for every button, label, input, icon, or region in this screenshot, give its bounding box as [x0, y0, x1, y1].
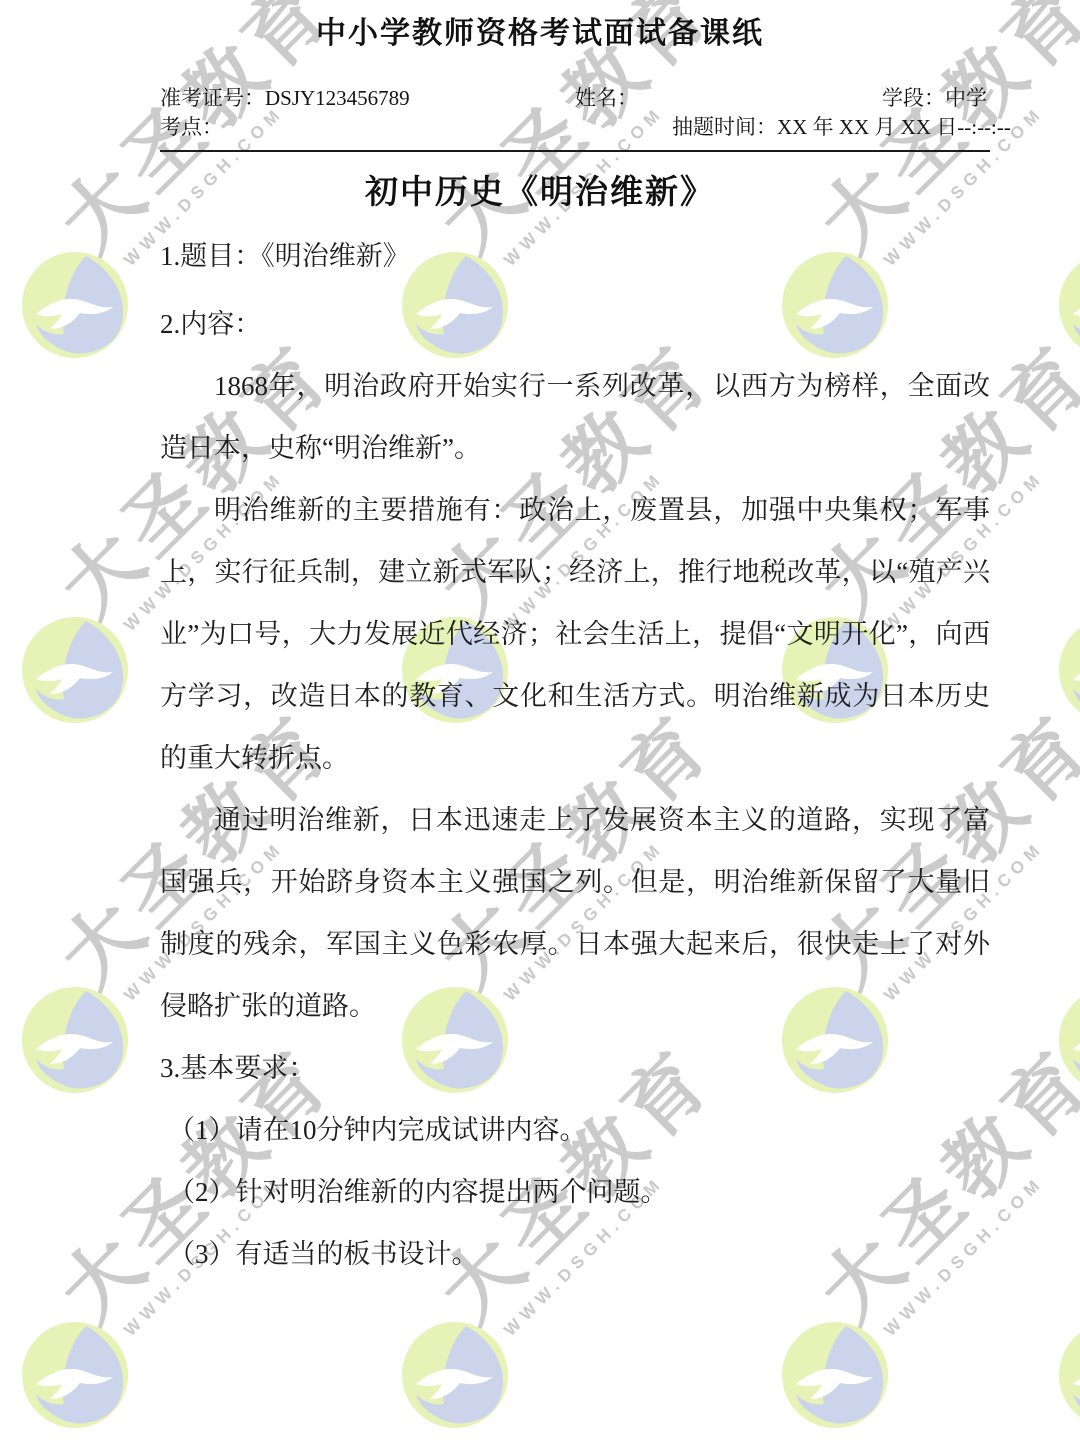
stage-value: 中学 [945, 86, 987, 110]
requirement-line: （2）针对明治维新的内容提出两个问题。 [160, 1161, 990, 1223]
draw-time-field: 抽题时间：XX 年 XX 月 XX 日--:--:-- [672, 111, 1011, 141]
requirement-line: （3）有适当的板书设计。 [160, 1223, 990, 1285]
bird-icon [796, 1369, 873, 1399]
dsgh-leaf-logo-icon [782, 1322, 888, 1428]
exam-site-label: 考点： [160, 115, 223, 139]
bird-icon [416, 1369, 493, 1399]
name-field: 姓名： [575, 82, 638, 112]
admission-no-label: 准考证号： [160, 86, 265, 110]
requirement-line: （1）请在10分钟内完成试讲内容。 [160, 1099, 990, 1161]
doc-body: 1.题目：《明治维新》 2.内容： 1868年，明治政府开始实行一系列改革，以西… [160, 225, 990, 1285]
bird-icon [1073, 1369, 1080, 1399]
dsgh-leaf-logo-icon [22, 1322, 128, 1428]
draw-time-label: 抽题时间： [672, 115, 777, 139]
body-paragraph: 明治维新的主要措施有：政治上，废置县，加强中央集权；军事上，实行征兵制，建立新式… [160, 479, 990, 789]
header-row-1: 准考证号：DSJY123456789 姓名： 学段：中学 [160, 82, 990, 111]
body-paragraph: 通过明治维新，日本迅速走上了发展资本主义的道路，实现了富国强兵，开始跻身资本主义… [160, 789, 990, 1037]
stage-field: 学段：中学 [882, 82, 987, 112]
dsgh-leaf-logo-icon [402, 1322, 508, 1428]
header-row-2: 考点： 抽题时间：XX 年 XX 月 XX 日--:--:-- [160, 111, 990, 140]
admission-no-value: DSJY123456789 [265, 86, 410, 110]
header-info: 准考证号：DSJY123456789 姓名： 学段：中学 考点： 抽题时间：XX… [160, 82, 990, 140]
document-content: 中小学教师资格考试面试备课纸 准考证号：DSJY123456789 姓名： 学段… [0, 0, 1080, 1285]
header-divider [160, 150, 990, 152]
admission-no-field: 准考证号：DSJY123456789 [160, 82, 410, 112]
draw-time-value: XX 年 XX 月 XX 日--:--:-- [777, 115, 1011, 139]
body-item-topic: 1.题目：《明治维新》 [160, 225, 990, 287]
form-title: 中小学教师资格考试面试备课纸 [0, 0, 1080, 52]
exam-site-field: 考点： [160, 111, 223, 141]
paper-title: 初中历史《明治维新》 [0, 166, 1080, 213]
stage-label: 学段： [882, 86, 945, 110]
body-paragraph: 1868年，明治政府开始实行一系列改革，以西方为榜样，全面改造日本，史称“明治维… [160, 355, 990, 479]
name-label: 姓名： [575, 86, 638, 110]
body-item-requirements: 3.基本要求： [160, 1037, 990, 1099]
dsgh-leaf-logo-icon [1059, 1322, 1080, 1428]
bird-icon [36, 1369, 113, 1399]
exam-prep-sheet: 大圣教育WWW.DSGH.COM大圣教育WWW.DSGH.COM大圣教育WWW.… [0, 0, 1080, 1443]
body-item-content: 2.内容： [160, 293, 990, 355]
